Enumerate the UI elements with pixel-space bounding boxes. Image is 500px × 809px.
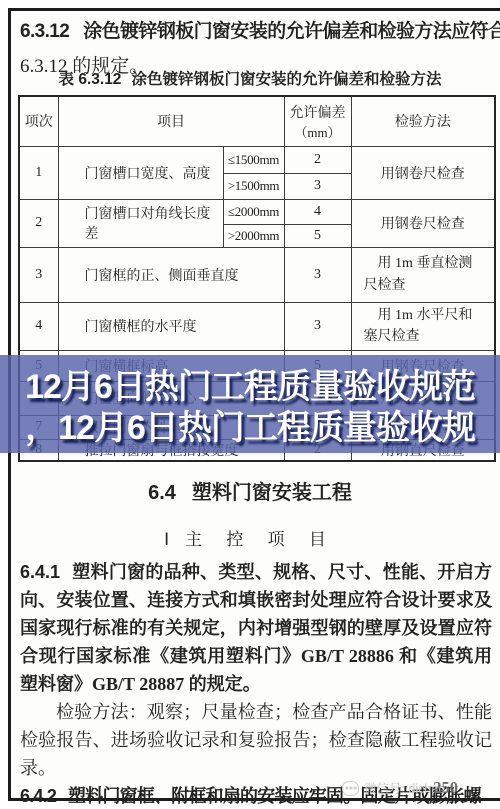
table-row: 1 门窗槽口宽度、高度 ≤1500mm 2 用钢卷尺检查 [19,146,495,173]
table-caption: 表 6.3.12涂色镀锌钢板门窗安装的允许偏差和检验方法 [0,67,500,89]
footer: 微信号: dichan 250 [342,778,458,798]
scanned-standard-page: 6.3.12涂色镀锌钢板门窗安装的允许偏差和检验方法应符合表 6.3.12 的规… [0,0,500,809]
promo-banner-title: 12月6日热门工程质量验收规范 ，12月6日热门工程质量验收规 [0,355,500,449]
row-cond: ≤2000mm [223,199,284,224]
row-cond: ≤1500mm [223,146,284,173]
clause-number: 6.3.12 [20,21,69,42]
promo-title-line2: ，12月6日热门工程质量验收规 [0,408,500,449]
clause-6312-line1: 6.3.12涂色镀锌钢板门窗安装的允许偏差和检验方法应符合表 [20,16,498,43]
clause-641-method: 检验方法：观察；尺量检查；检查产品合格证书、性能检验报告、进场验收记录和复验报告… [20,698,492,782]
section-number: 6.4 [148,482,176,504]
header-item-no: 项次 [19,96,58,146]
row-item: 门窗框的正、侧面垂直度 [58,247,284,302]
clause-text: 涂色镀锌钢板门窗安装的允许偏差和检验方法应符合表 [83,21,500,42]
table-caption-title: 涂色镀锌钢板门窗安装的允许偏差和检验方法 [131,71,441,88]
header-deviation: 允许偏差（mm） [284,96,351,146]
row-no: 4 [19,302,58,350]
clause-text: 塑料门窗的品种、类型、规格、尺寸、性能、开启方向、安装位置、连接方式和填嵌密封处… [20,562,492,694]
row-no: 2 [19,199,58,247]
row-dev: 5 [284,224,351,247]
row-dev: 3 [284,247,351,302]
row-no: 3 [19,247,58,302]
row-item: 门窗槽口对角线长度差 [58,199,223,247]
section-64-heading: 6.4塑料门窗安装工程 [0,476,500,505]
row-item: 门窗横框的水平度 [58,302,284,350]
row-method: 用钢卷尺检查 [351,146,495,199]
clause-number: 6.4.2 [20,786,56,806]
clause-641: 6.4.1塑料门窗的品种、类型、规格、尺寸、性能、开启方向、安装位置、连接方式和… [20,558,492,698]
row-dev: 2 [284,146,351,173]
promo-banner-overlay: 12月6日热门工程质量验收规范 ，12月6日热门工程质量验收规 [0,355,500,453]
row-no: 1 [19,146,58,199]
row-item: 门窗槽口宽度、高度 [58,146,223,199]
table-row: 2 门窗槽口对角线长度差 ≤2000mm 4 用钢卷尺检查 [19,199,495,224]
wechat-icon [342,781,359,796]
row-dev: 3 [284,302,351,350]
row-cond: >2000mm [223,224,284,247]
row-cond: >1500mm [223,173,284,199]
subsection-title: 主 控 项 目 [185,530,336,549]
header-method: 检验方法 [351,96,495,146]
row-method: 用 1m 水平尺和塞尺检查 [351,302,495,350]
row-method: 用钢卷尺检查 [351,199,495,247]
promo-title-line1: 12月6日热门工程质量验收规范 [0,367,500,408]
subsection-numeral: Ⅰ [164,530,169,549]
row-method: 用 1m 垂直检测尺检查 [351,247,495,302]
table-header-row: 项次 项目 允许偏差（mm） 检验方法 [19,96,495,146]
section-title: 塑料门窗安装工程 [192,482,352,504]
table-row: 4 门窗横框的水平度 3 用 1m 水平尺和塞尺检查 [19,302,495,350]
table-row: 3 门窗框的正、侧面垂直度 3 用 1m 垂直检测尺检查 [19,247,495,302]
row-dev: 4 [284,199,351,224]
body-content: 6.4.1塑料门窗的品种、类型、规格、尺寸、性能、开启方向、安装位置、连接方式和… [20,558,492,809]
subsection-heading: Ⅰ主 控 项 目 [0,525,500,550]
table-caption-number: 表 6.3.12 [59,71,122,88]
header-item: 项目 [58,96,284,146]
row-dev: 3 [284,173,351,199]
page-number: 250 [433,778,458,798]
clause-number: 6.4.1 [20,562,60,582]
